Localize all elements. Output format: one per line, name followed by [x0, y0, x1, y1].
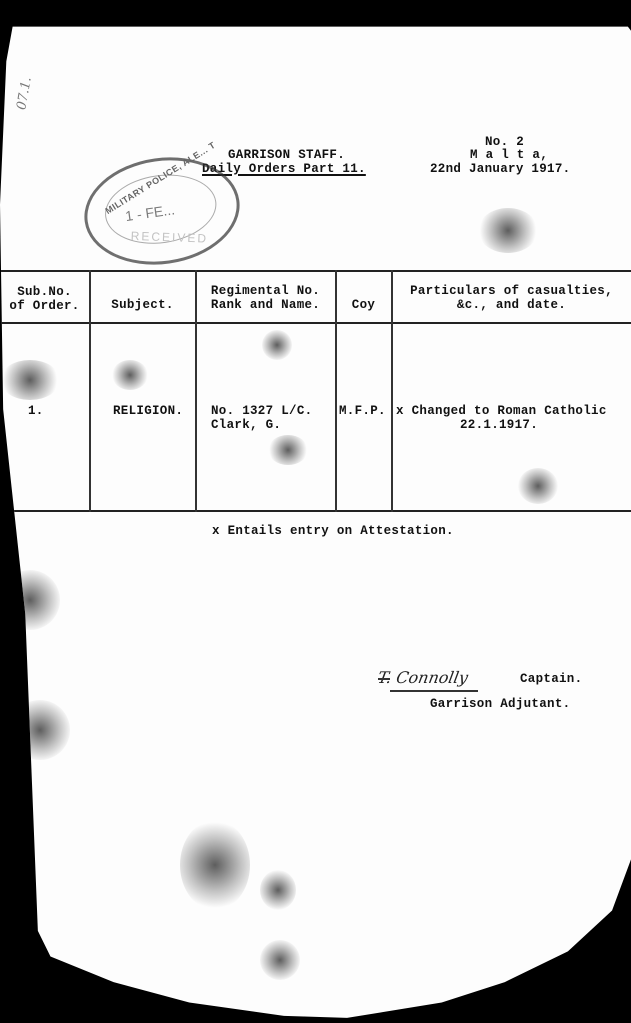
ink-stain	[112, 360, 148, 390]
header-line: Rank and Name.	[211, 298, 320, 312]
ink-stain	[0, 570, 60, 630]
header-line: Particulars of casualties,	[410, 284, 613, 298]
footnote: x Entails entry on Attestation.	[212, 524, 454, 538]
table-top-rule	[0, 270, 631, 272]
ink-stain	[0, 360, 60, 400]
header-sub-no: Sub.No.of Order.	[0, 285, 89, 313]
header-regimental: Regimental No.Rank and Name.	[196, 284, 335, 312]
orders-title: Daily Orders Part 11.	[202, 162, 366, 176]
signature-scrawl: T. Connolly	[376, 668, 469, 687]
cell-subject: RELIGION.	[113, 404, 183, 418]
header-line: Regimental No.	[211, 284, 320, 298]
ink-stain	[478, 208, 538, 253]
ink-stain	[10, 700, 70, 760]
table-header-rule	[0, 322, 631, 324]
table-bottom-rule	[0, 510, 631, 512]
order-date: 22nd January 1917.	[430, 162, 570, 176]
signatory-appointment: Garrison Adjutant.	[430, 697, 570, 711]
unit-heading: GARRISON STAFF.	[228, 148, 345, 162]
ink-stain	[180, 820, 250, 910]
header-line: Sub.No.	[17, 285, 72, 299]
header-line: of Order.	[9, 299, 79, 313]
header-coy: Coy	[336, 298, 391, 312]
cell-line: x Changed to Roman Catholic	[396, 404, 607, 418]
document-page: 07.1. GARRISON STAFF. Daily Orders Part …	[0, 0, 631, 1023]
ink-stain	[262, 330, 292, 360]
cell-line: Clark, G.	[211, 418, 281, 432]
ink-stain	[260, 940, 300, 980]
cell-coy: M.F.P.	[339, 404, 386, 418]
header-line: &c., and date.	[457, 298, 566, 312]
cell-particulars: x Changed to Roman Catholic22.1.1917.	[396, 404, 607, 432]
cell-sub-no: 1.	[28, 404, 44, 418]
ink-stain	[260, 870, 296, 910]
pencil-annotation: 07.1.	[14, 76, 35, 111]
ink-stain	[268, 435, 308, 465]
stamp-bottom-text: RECEIVED	[131, 229, 209, 246]
ink-stain	[518, 468, 558, 504]
cell-regimental: No. 1327 L/C.Clark, G.	[211, 404, 312, 432]
order-number: No. 2	[485, 135, 524, 149]
signature-stroke	[378, 678, 390, 680]
signature-underline	[390, 690, 478, 692]
cell-line: No. 1327 L/C.	[211, 404, 312, 418]
header-particulars: Particulars of casualties,&c., and date.	[392, 284, 631, 312]
order-place: M a l t a,	[470, 148, 548, 162]
cell-line: 22.1.1917.	[396, 418, 538, 432]
signatory-rank: Captain.	[520, 672, 582, 686]
header-subject: Subject.	[90, 298, 195, 312]
